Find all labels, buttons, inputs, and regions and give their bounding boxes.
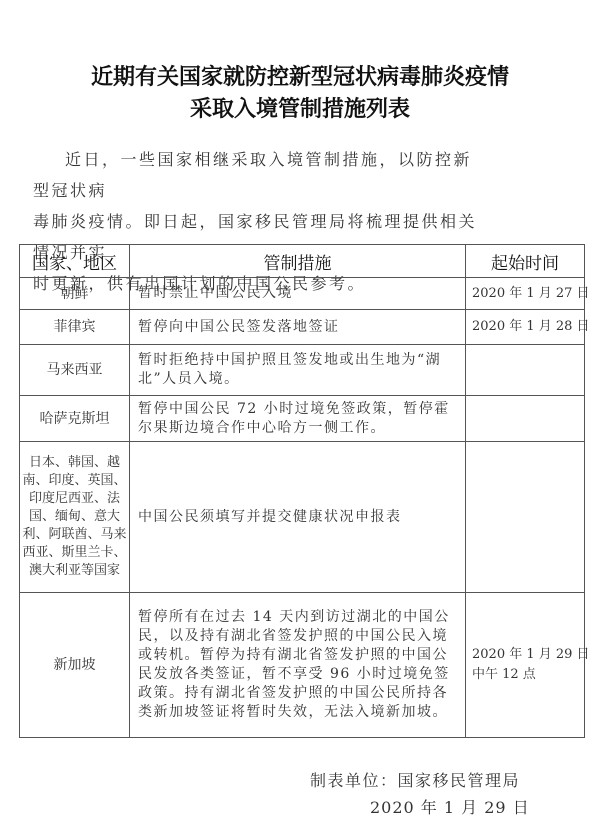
measure-cell: 暂停所有在过去 14 天内到访过湖北的中国公民，以及持有湖北省签发护照的中国公民…	[130, 593, 466, 738]
table-row: 哈萨克斯坦 暂停中国公民 72 小时过境免签政策，暂停霍尔果斯边境合作中心哈方一…	[20, 396, 585, 442]
entry-control-table: 国家、地区 管制措施 起始时间 朝鲜 暂时禁止中国公民入境 2020 年 1 月…	[19, 244, 585, 738]
intro-line: 近日，一些国家相继采取入境管制措施，以防控新型冠状病	[33, 150, 472, 200]
country-cell: 菲律宾	[20, 310, 130, 345]
issuer-label: 制表单位：国家移民管理局	[310, 768, 520, 791]
measure-cell: 暂停向中国公民签发落地签证	[130, 310, 466, 345]
date-cell: 2020 年 1 月 29 日 中午 12 点	[466, 593, 585, 738]
date-cell	[466, 396, 585, 442]
date-cell	[466, 345, 585, 396]
table-row: 马来西亚 暂时拒绝持中国护照且签发地或出生地为“湖北”人员入境。	[20, 345, 585, 396]
date-cell: 2020 年 1 月 27 日	[466, 278, 585, 310]
table-row: 菲律宾 暂停向中国公民签发落地签证 2020 年 1 月 28 日	[20, 310, 585, 345]
time-line: 中午 12 点	[472, 665, 584, 685]
document-title-line1: 近期有关国家就防控新型冠状病毒肺炎疫情	[0, 60, 600, 91]
measure-cell: 中国公民须填写并提交健康状况申报表	[130, 442, 466, 593]
measure-cell: 暂时拒绝持中国护照且签发地或出生地为“湖北”人员入境。	[130, 345, 466, 396]
date-cell	[466, 442, 585, 593]
column-header-measure: 管制措施	[130, 245, 466, 278]
issue-date: 2020 年 1 月 29 日	[370, 795, 530, 818]
country-cell: 朝鲜	[20, 278, 130, 310]
table-header-row: 国家、地区 管制措施 起始时间	[20, 245, 585, 278]
measure-cell: 暂停中国公民 72 小时过境免签政策，暂停霍尔果斯边境合作中心哈方一侧工作。	[130, 396, 466, 442]
country-cell: 马来西亚	[20, 345, 130, 396]
column-header-start-time: 起始时间	[466, 245, 585, 278]
column-header-country: 国家、地区	[20, 245, 130, 278]
country-cell: 哈萨克斯坦	[20, 396, 130, 442]
document-title-line2: 采取入境管制措施列表	[0, 92, 600, 123]
country-cell: 新加坡	[20, 593, 130, 738]
country-cell: 日本、韩国、越南、印度、英国、印度尼西亚、法国、缅甸、意大利、阿联酋、马来西亚、…	[20, 442, 130, 593]
measure-cell: 暂时禁止中国公民入境	[130, 278, 466, 310]
date-line: 2020 年 1 月 29 日	[472, 645, 584, 665]
table-row: 新加坡 暂停所有在过去 14 天内到访过湖北的中国公民，以及持有湖北省签发护照的…	[20, 593, 585, 738]
table-row: 日本、韩国、越南、印度、英国、印度尼西亚、法国、缅甸、意大利、阿联酋、马来西亚、…	[20, 442, 585, 593]
table-row: 朝鲜 暂时禁止中国公民入境 2020 年 1 月 27 日	[20, 278, 585, 310]
date-cell: 2020 年 1 月 28 日	[466, 310, 585, 345]
